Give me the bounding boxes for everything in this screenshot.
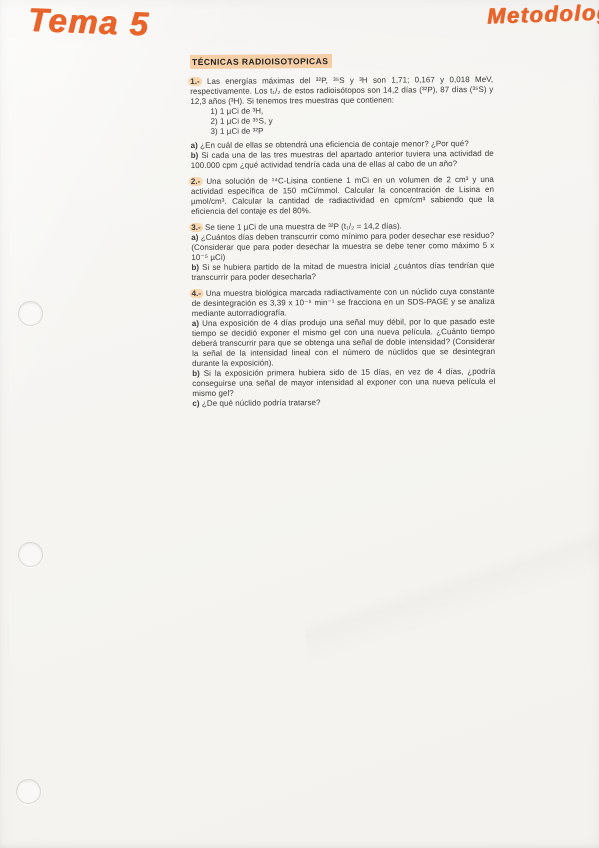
question-1-text: Las energías máximas del ³²P, ³⁵S y ³H s… — [190, 75, 493, 106]
document-body: TÉCNICAS RADIOISOTOPICAS 1.- Las energía… — [190, 55, 495, 415]
question-3: 3.- Se tiene 1 µCi de una muestra de ³²P… — [191, 221, 494, 283]
question-1-part-b: b) Si cada una de las tres muestras del … — [191, 149, 494, 171]
question-3-text: Se tiene 1 µCi de una muestra de ³²P (t₁… — [205, 222, 402, 232]
part-label: b) — [192, 369, 200, 378]
hole-punch-top — [18, 301, 43, 326]
scanned-page: Tema 5 Metodología TÉCNICAS RADIOISOTOPI… — [0, 0, 599, 848]
question-1-number: 1.- — [188, 77, 202, 86]
part-text: Si cada una de las tres muestras del apa… — [191, 149, 494, 170]
part-label: a) — [191, 233, 198, 242]
question-2-text: Una solución de ¹⁴C-Lisina contiene 1 mC… — [191, 175, 494, 216]
question-4-number: 4.- — [190, 289, 204, 298]
part-label: c) — [192, 399, 199, 408]
handwritten-tema-label: Tema 5 — [27, 1, 150, 44]
question-2: 2.- Una solución de ¹⁴C-Lisina contiene … — [191, 175, 494, 217]
part-label: b) — [191, 263, 199, 272]
part-label: b) — [191, 151, 199, 160]
hole-punch-middle — [18, 542, 43, 567]
question-4-text: Una muestra biológica marcada radiactiva… — [192, 287, 495, 318]
part-text: Si se hubiera partido de la mitad de mue… — [192, 261, 495, 282]
question-1: 1.- Las energías máximas del ³²P, ³⁵S y … — [190, 75, 494, 171]
hole-punch-bottom — [16, 779, 41, 804]
part-text: ¿De qué núclido podría tratarse? — [202, 398, 321, 408]
question-3-part-a: a) ¿Cuántos días deben transcurrir como … — [191, 231, 494, 263]
question-4-part-c: c) ¿De qué núclido podría tratarse? — [192, 397, 495, 409]
question-2-number: 2.- — [189, 177, 203, 186]
part-label: a) — [192, 319, 199, 328]
document-header: TÉCNICAS RADIOISOTOPICAS — [190, 55, 493, 68]
question-4-part-b: b) Si la exposición primera hubiera sido… — [192, 367, 495, 399]
question-1-sample-list: 1) 1 µCi de ³H, 2) 1 µCi de ³⁵S, y 3) 1 … — [190, 105, 493, 137]
part-text: Si la exposición primera hubiera sido de… — [192, 367, 495, 398]
question-4-part-a: a) Una exposición de 4 días produjo una … — [192, 317, 495, 369]
part-label: a) — [191, 141, 198, 150]
handwritten-metodologia-label: Metodología — [487, 0, 599, 30]
part-text: ¿Cuántos días deben transcurrir como mín… — [191, 231, 494, 262]
list-item: 3) 1 µCi de ³²P — [210, 125, 493, 137]
question-3-number: 3.- — [189, 223, 203, 232]
part-text: ¿En cuál de ellas se obtendrá una eficie… — [200, 139, 469, 150]
part-text: Una exposición de 4 días produjo una señ… — [192, 317, 495, 368]
document-title: TÉCNICAS RADIOISOTOPICAS — [190, 54, 332, 69]
question-4: 4.- Una muestra biológica marcada radiac… — [192, 287, 496, 409]
question-3-part-b: b) Si se hubiera partido de la mitad de … — [191, 261, 494, 283]
